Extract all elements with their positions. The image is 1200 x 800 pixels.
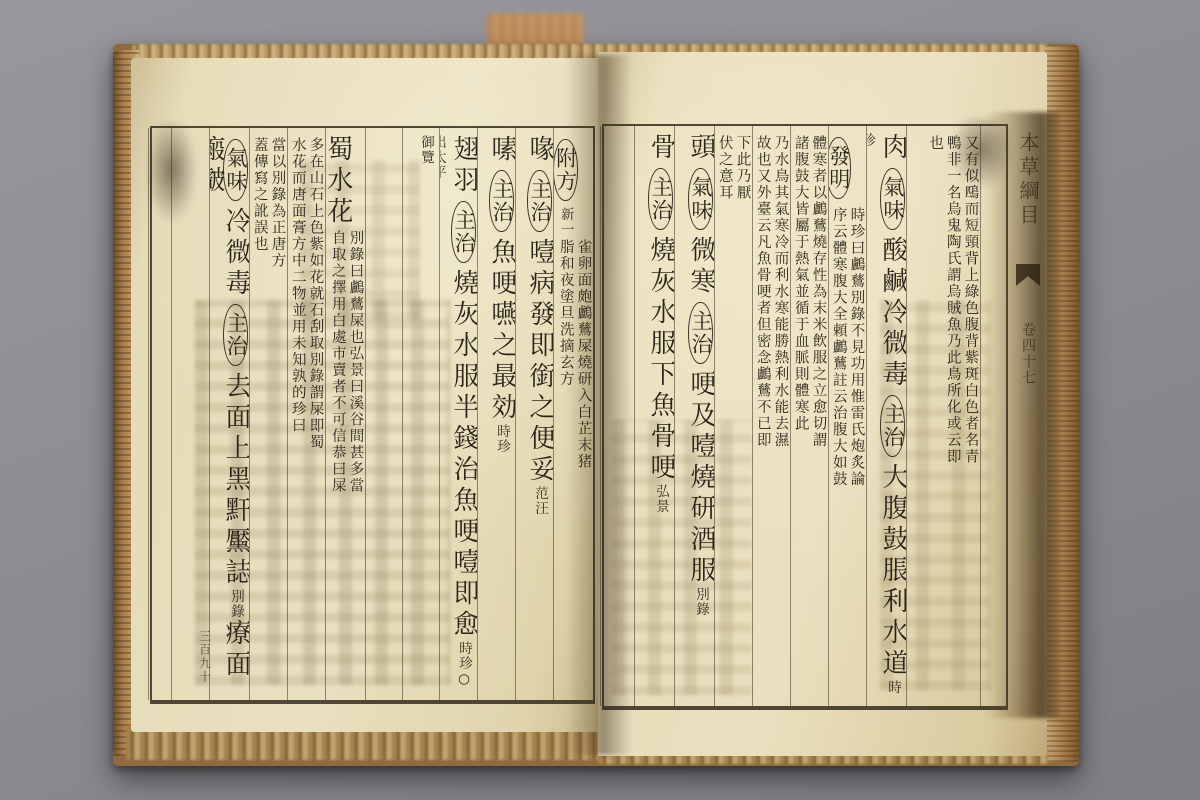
text-column: 骨主治燒灰水服下魚骨哽弘景 <box>634 126 674 706</box>
section-tag: 主治 <box>688 302 713 364</box>
annotation-line: 自取之擇用白處市賣者不可信恭曰屎 <box>330 230 345 494</box>
book-photo-scene: 又有似鴄而短頸背上綠色腹背紫斑白色者名青鴨非一名烏鬼陶氏謂烏賊魚乃此鳥所化或云即… <box>0 0 1200 800</box>
annotation-line: 多在山石上色紫如花就石刮取別錄謂屎即蜀 <box>307 137 322 451</box>
text-column <box>365 128 402 700</box>
column-text: 哽及噎燒研酒服 <box>686 370 714 587</box>
column-text: 燒灰水服下魚骨哽 <box>646 236 674 484</box>
section-tag: 氣味 <box>688 168 713 230</box>
fishtail-mark-icon <box>1016 264 1040 286</box>
annotation-line: 鴨非一名烏鬼陶氏謂烏賊魚乃此鳥所化或云即 <box>945 135 960 465</box>
text-column: 頭氣味微寒主治哽及噎燒研酒服別錄 <box>674 126 714 706</box>
column-text: 弘景 <box>653 484 669 514</box>
column-text: 大腹鼓脹利水道 <box>878 463 906 680</box>
column-text: 骨 <box>646 133 674 164</box>
column-text: 別錄 <box>228 589 244 619</box>
section-tag: 主治 <box>223 304 248 366</box>
column-text: 去面上黑䵟黶誌 <box>221 372 249 589</box>
annotation-block: 多在山石上色紫如花就石刮取別錄謂屎即蜀水花而唐面膏方中二物並用未知孰的珍曰 <box>287 137 325 451</box>
text-column: 多在山石上色紫如花就石刮取別錄謂屎即蜀水花而唐面膏方中二物並用未知孰的珍曰 <box>287 128 325 700</box>
column-text: 新一 <box>558 207 574 237</box>
text-column: 蜀水花別錄曰鸕鶿屎也弘景曰溪谷間甚多當自取之擇用白處市賣者不可信恭曰屎 <box>325 128 365 700</box>
section-tag: 主治 <box>451 201 476 263</box>
annotation-line: 也 <box>927 135 942 465</box>
section-tag: 主治 <box>648 168 673 230</box>
annotation-line: 伏之意耳 <box>717 135 732 201</box>
annotation-block: 又有似鴄而短頸背上綠色腹背紫斑白色者名青鴨非一名烏鬼陶氏謂烏賊魚乃此鳥所化或云即… <box>924 135 980 465</box>
text-column: 翅羽主治燒灰水服半錢治魚哽噎即愈時珍○出太平 <box>439 128 477 700</box>
annotation-line: 乃水鳥其氣寒冷而利水寒能勝熱利水能去濕 <box>772 135 787 449</box>
annotation-block: 時珍曰鸕鶿別錄不見功用惟雷氏炮炙論序云體寒腹大全頼鸕鶿註云治腹大如鼓 <box>828 207 866 488</box>
text-column <box>148 128 171 700</box>
annotation-line: 當以別錄為正唐方 <box>269 137 284 269</box>
text-column: 當以別錄為正唐方蓋傳寫之訛誤也 <box>249 128 287 700</box>
annotation-line: 時珍曰鸕鶿別錄不見功用惟雷氏炮炙論 <box>848 207 863 488</box>
annotation-line: 別錄曰鸕鶿屎也弘景曰溪谷間甚多當 <box>347 230 362 494</box>
section-tag: 氣味 <box>880 168 905 230</box>
text-column: 氣味冷微毒主治去面上黑䵟黶誌別錄療面瘢皻 <box>209 128 249 700</box>
annotation-line: 蓋傳寫之訛誤也 <box>252 137 267 269</box>
spine-column: 本草綱目 卷四十七 <box>1009 128 1043 714</box>
column-text: 微寒 <box>686 236 714 298</box>
annotation-block: 雀卵面皰鸕鶿屎燒研入白芷末猪脂和夜塗旦洗摘玄方 <box>555 239 593 470</box>
annotation-line: 雀卵面皰鸕鶿屎燒研入白芷末猪 <box>575 239 590 470</box>
text-column: 體寒者以鸕鶿燒存性為末米飲服之立愈切謂諸腹鼓大皆屬于熱氣並循于血脈則體寒此 <box>790 126 828 706</box>
text-column: 御覽 <box>402 128 439 700</box>
annotation-line: 又有似鴄而短頸背上綠色腹背紫斑白色者名青 <box>962 135 977 465</box>
text-column <box>171 128 209 700</box>
annotation-block: 乃水鳥其氣寒冷而利水寒能勝熱利水能去濕故也又外臺云凡魚骨哽者但密念鸕鶿不已即 <box>752 135 790 449</box>
spine-title: 本草綱目 <box>1016 132 1040 228</box>
annotation-block: 體寒者以鸕鶿燒存性為末米飲服之立愈切謂諸腹鼓大皆屬于熱氣並循于血脈則體寒此 <box>790 135 828 449</box>
text-column: 發明時珍曰鸕鶿別錄不見功用惟雷氏炮炙論序云體寒腹大全頼鸕鶿註云治腹大如鼓 <box>828 126 866 706</box>
column-text: 酸鹹冷微毒 <box>878 236 906 391</box>
section-tag: 氣味 <box>223 139 248 201</box>
annotation-line: 序云體寒腹大全頼鸕鶿註云治腹大如鼓 <box>831 207 846 488</box>
column-text: 魚哽嚥之最効 <box>487 238 515 424</box>
text-column: 又有似鴄而短頸背上綠色腹背紫斑白色者名青鴨非一名烏鬼陶氏謂烏賊魚乃此鳥所化或云即… <box>906 126 980 706</box>
column-text: 頭 <box>686 133 714 164</box>
section-tag: 主治 <box>489 170 514 232</box>
annotation-line: 諸腹鼓大皆屬于熱氣並循于血脈則體寒此 <box>793 135 808 449</box>
annotation-line: 下此乃厭 <box>734 135 749 201</box>
section-tag: 附方 <box>553 139 578 201</box>
text-column <box>980 126 1006 706</box>
section-tag: 發明 <box>828 137 851 199</box>
annotation-block: 別錄曰鸕鶿屎也弘景曰溪谷間甚多當自取之擇用白處市賣者不可信恭曰屎 <box>327 230 365 494</box>
column-text: 范汪 <box>532 486 548 516</box>
column-text: 別錄 <box>693 587 709 617</box>
text-column: 下此乃厭伏之意耳 <box>714 126 752 706</box>
spine-volume: 卷四十七 <box>1020 322 1036 386</box>
page-number: 三百九十 <box>197 630 213 700</box>
column-text: 燒灰水服半錢治魚哽噎即愈 <box>449 269 477 641</box>
annotation-line: 體寒者以鸕鶿燒存性為末米飲服之立愈切謂 <box>810 135 825 449</box>
column-text: 噎病發即銜之便妥 <box>525 238 553 486</box>
text-column: 乃水鳥其氣寒冷而利水寒能勝熱利水能去濕故也又外臺云凡魚骨哽者但密念鸕鶿不已即 <box>752 126 790 706</box>
column-text: 肉 <box>878 133 906 164</box>
annotation-block: 下此乃厭伏之意耳 <box>714 135 752 201</box>
text-column: 喙主治噎病發即銜之便妥范汪 <box>515 128 553 700</box>
annotation-block: 當以別錄為正唐方蓋傳寫之訛誤也 <box>249 137 287 269</box>
annotation-line: 脂和夜塗旦洗摘玄方 <box>558 239 573 470</box>
left-page-text-frame: 附方新一雀卵面皰鸕鶿屎燒研入白芷末猪脂和夜塗旦洗摘玄方喙主治噎病發即銜之便妥范汪… <box>150 126 595 704</box>
column-text: 蜀水花 <box>325 135 353 228</box>
annotation-line: 水花而唐面膏方中二物並用未知孰的珍曰 <box>290 137 305 451</box>
column-text: 翅羽 <box>449 135 477 197</box>
text-column: 肉氣味酸鹹冷微毒主治大腹鼓脹利水道時珍 <box>866 126 906 706</box>
column-text: 喙 <box>525 135 553 166</box>
column-text: 時珍 <box>494 424 510 454</box>
section-tag: 主治 <box>880 395 905 457</box>
right-page-text-frame: 又有似鴄而短頸背上綠色腹背紫斑白色者名青鴨非一名烏鬼陶氏謂烏賊魚乃此鳥所化或云即… <box>602 124 1008 710</box>
annotation-line: 故也又外臺云凡魚骨哽者但密念鸕鶿不已即 <box>755 135 770 449</box>
section-tag: 主治 <box>527 170 552 232</box>
column-text: 御覽 <box>418 135 434 165</box>
text-column: 附方新一雀卵面皰鸕鶿屎燒研入白芷末猪脂和夜塗旦洗摘玄方 <box>553 128 593 700</box>
column-text: 嗉 <box>487 135 515 166</box>
text-column <box>600 126 634 706</box>
text-column: 嗉主治魚哽嚥之最効時珍 <box>477 128 515 700</box>
column-text: 冷微毒 <box>221 207 249 300</box>
